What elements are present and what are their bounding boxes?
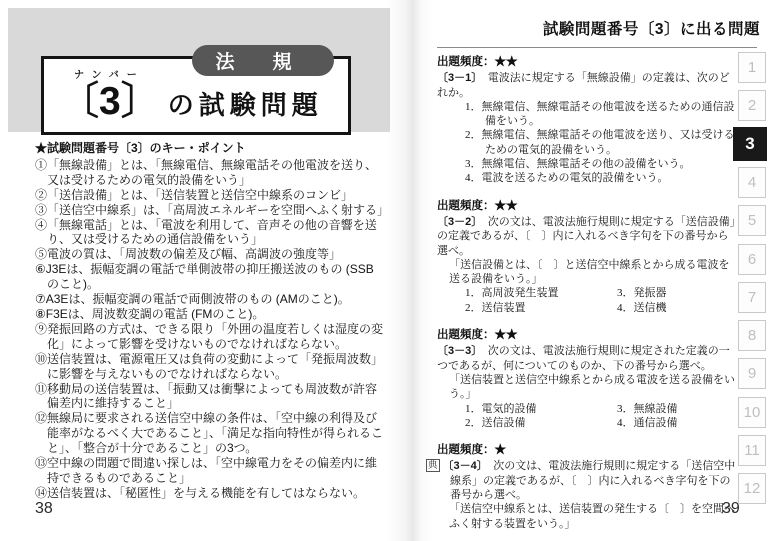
keypoint-item: ⑬空中線の問題で間違い探しは、「空中線電力をその偏差内に維持できるものであること… [35, 456, 385, 486]
question-quote: 「送信装置と送信空中線系とから成る電波を送る設備をいう。」 [449, 373, 737, 402]
frequency-rating: 出題頻度：★★ [437, 55, 737, 69]
keypoint-item: ⑭送信装置は、「秘匿性」を与える機能を有してはならない。 [35, 486, 385, 501]
keypoints-title: ★試験問題番号〔3〕のキー・ポイント [35, 141, 385, 156]
chapter-number: 〔3〕 [60, 80, 160, 123]
question-text: 〔3－1〕 電波法に規定する「無線設備」の定義は、次のどれか。 [437, 71, 737, 100]
answer-option: 4．通信設備 [617, 416, 737, 430]
keypoints-section: ★試験問題番号〔3〕のキー・ポイント ①「無線設備」とは、「無線電信、無線電話そ… [35, 141, 385, 501]
keypoint-item: ⑧F3Eは、周波数変調の電話 (FMのこと)。 [35, 307, 385, 322]
keypoint-item: ⑫無線局に要求される送信空中線の条件は、「空中線の利得及び能率がなるべく大である… [35, 411, 385, 456]
appeared-marker-icon: 典 [426, 459, 440, 472]
answer-option: 1．無線電信、無線電話その他電波を送るための通信設備をいう。 [465, 100, 737, 129]
question-text: 〔3－2〕 次の文は、電波法施行規則に規定する「送信設備」の定義であるが、〔 〕… [437, 215, 737, 258]
header-rule [437, 47, 757, 48]
answer-option: 2．送信装置 [465, 301, 617, 315]
keypoint-item: ③「送信空中線系」は、「高周波エネルギーを空間へふく射する」 [35, 203, 385, 218]
chapter-title-suffix: の試験問題 [168, 90, 323, 120]
keypoints-list: ①「無線設備」とは、「無線電信、無線電話その他電波を送り、又は受けるための電気的… [35, 158, 385, 501]
answer-option: 2．無線電信、無線電話その他電波を送り、又は受けるための電気的設備をいう。 [465, 128, 737, 157]
side-tab-11: 11 [738, 435, 766, 466]
chapter-title-box: 法規 ナンバー 〔3〕の試験問題 [41, 56, 351, 135]
keypoint-item: ⑥J3Eは、振幅変調の電話で単側波帯の抑圧搬送波のもの (SSBのこと)。 [35, 262, 385, 292]
question-number: 〔3－2〕 [437, 216, 477, 228]
book-spread: 法規 ナンバー 〔3〕の試験問題 ★試験問題番号〔3〕のキー・ポイント ①「無線… [0, 0, 768, 541]
keypoint-item: ⑩送信装置は、電源電圧又は負荷の変動によって「発振周波数」に影響を与えないもので… [35, 352, 385, 382]
answer-option: 4．電波を送るための電気的設備をいう。 [465, 171, 737, 185]
frequency-rating: 出題頻度：★★ [437, 328, 737, 342]
keypoint-item: ①「無線設備」とは、「無線電信、無線電話その他電波を送り、又は受けるための電気的… [35, 158, 385, 188]
page-number-left: 38 [35, 500, 53, 518]
question-number: 〔3－4〕 [443, 460, 483, 472]
keypoint-item: ⑦A3Eは、振幅変調の電話で両側波帯のもの (AMのこと)。 [35, 292, 385, 307]
side-tab-8: 8 [738, 320, 766, 351]
keypoint-item: ④「無線電話」とは、「電波を利用して、音声その他の音響を送り、又は受けるための通… [35, 218, 385, 248]
question-block: 出題頻度：★★〔3－1〕 電波法に規定する「無線設備」の定義は、次のどれか。1．… [437, 55, 737, 186]
side-tab-10: 10 [738, 397, 766, 428]
keypoint-item: ⑤電波の質は、「周波数の偏差及び幅、高調波の強度等」 [35, 247, 385, 262]
keypoint-item: ⑨発振回路の方式は、できる限り「外囲の温度若しくは湿度の変化」によって影響を受け… [35, 322, 385, 352]
side-tab-3: 3 [733, 127, 767, 161]
question-block: 出題頻度：★典〔3－4〕 次の文は、電波法施行規則に規定する「送信空中線系」の定… [437, 443, 737, 531]
answer-option: 3．無線電信、無線電話その他の設備をいう。 [465, 157, 737, 171]
chapter-title: 〔3〕の試験問題 [60, 70, 323, 126]
answer-option: 4．送信機 [617, 301, 737, 315]
answer-option: 1．電気的設備 [465, 402, 617, 416]
question-quote: 「送信設備とは、〔 〕と送信空中線系とから成る電波を送る設備をいう。」 [449, 258, 737, 287]
side-tab-2: 2 [738, 90, 766, 121]
side-tab-6: 6 [738, 244, 766, 275]
question-block: 出題頻度：★★〔3－2〕 次の文は、電波法施行規則に規定する「送信設備」の定義で… [437, 199, 737, 315]
answer-option: 3．無線設備 [617, 402, 737, 416]
keypoint-item: ②「送信設備」とは、「送信装置と送信空中線系のコンビ」 [35, 188, 385, 203]
side-tab-7: 7 [738, 282, 766, 313]
question-text: 典〔3－4〕 次の文は、電波法施行規則に規定する「送信空中線系」の定義であるが、… [437, 459, 737, 502]
answer-options-grid: 1．高周波発生装置3．発振器2．送信装置4．送信機 [465, 286, 737, 315]
keypoint-item: ⑪移動局の送信装置は、「振動又は衝撃によっても周波数が許容偏差内に維持すること」 [35, 382, 385, 412]
side-tab-4: 4 [738, 167, 766, 198]
side-tab-1: 1 [738, 52, 766, 83]
question-quote: 「送信空中線系とは、送信装置の発生する〔 〕を空間へふく射する装置をいう。」 [449, 502, 737, 531]
side-tab-12: 12 [738, 473, 766, 504]
frequency-rating: 出題頻度：★ [437, 443, 737, 457]
left-page-header-band: 法規 ナンバー 〔3〕の試験問題 [8, 8, 390, 132]
side-tab-9: 9 [738, 358, 766, 389]
answer-option: 3．発振器 [617, 286, 737, 300]
questions: 出題頻度：★★〔3－1〕 電波法に規定する「無線設備」の定義は、次のどれか。1．… [437, 55, 737, 541]
right-page-header: 試験問題番号〔3〕に出る問題 [420, 17, 760, 39]
answer-option: 2．送信設備 [465, 416, 617, 430]
question-block: 出題頻度：★★〔3－3〕 次の文は、電波法施行規則に規定された定義の一つであるが… [437, 328, 737, 430]
question-number: 〔3－1〕 [437, 72, 477, 84]
question-number: 〔3－3〕 [437, 345, 477, 357]
answer-options-grid: 1．電気的設備3．無線設備2．送信設備4．通信設備 [465, 402, 737, 431]
answer-option: 1．高周波発生装置 [465, 286, 617, 300]
question-text: 〔3－3〕 次の文は、電波法施行規則に規定された定義の一つであるが、何についての… [437, 344, 737, 373]
side-tab-5: 5 [738, 205, 766, 236]
frequency-rating: 出題頻度：★★ [437, 199, 737, 213]
